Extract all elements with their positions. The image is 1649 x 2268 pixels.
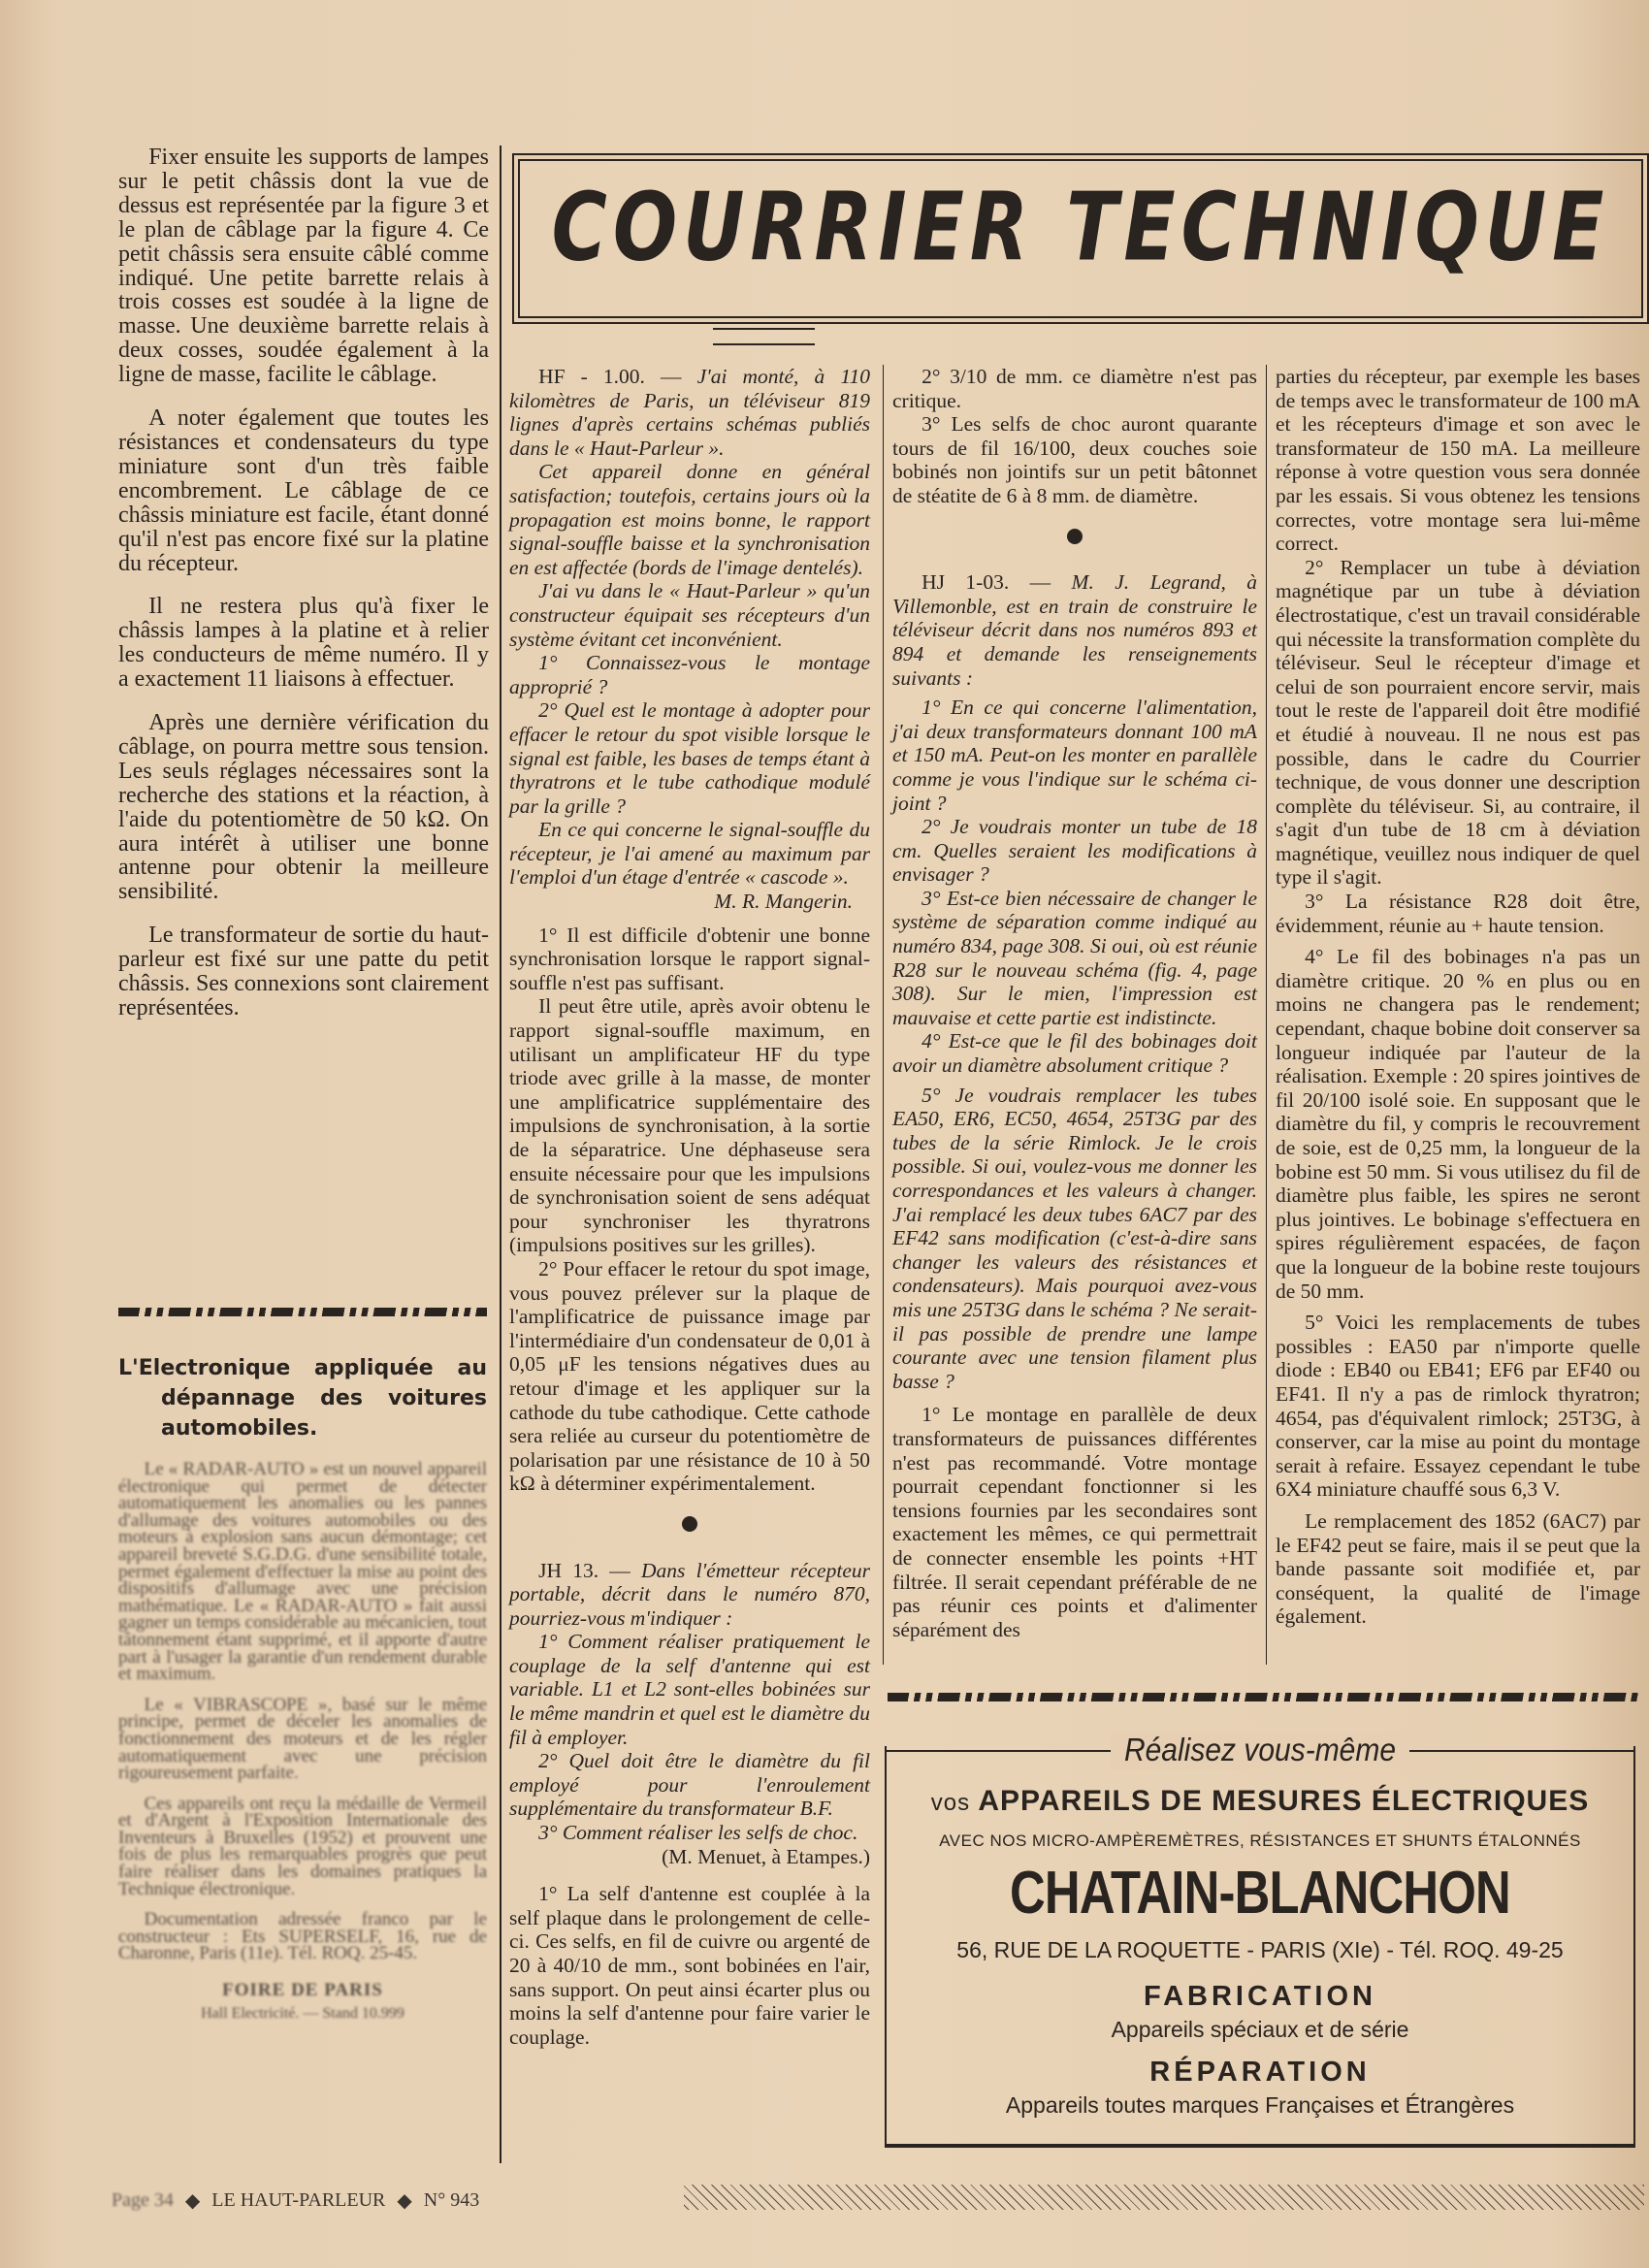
paragraph: 3° Les selfs de choc auront quarante tou… [892, 412, 1257, 507]
paragraph: 5° Je voudrais remplacer les tubes EA50,… [892, 1084, 1257, 1394]
paragraph: 3° La résistance R28 doit être, évidemme… [1276, 890, 1640, 937]
paragraph: 1° La self d'antenne est couplée à la se… [509, 1882, 870, 2049]
question-code: JH 13. — [538, 1559, 641, 1582]
ad-section-text: Appareils toutes marques Françaises et É… [887, 2092, 1633, 2119]
separator-dingbat [892, 526, 1257, 550]
question-code: HF - 1.00. — [538, 365, 696, 388]
paragraph: Documentation adressée franco par le con… [118, 1911, 487, 1962]
ad-section-title: FABRICATION [887, 1981, 1633, 2013]
paragraph: Fixer ensuite les supports de lampes sur… [118, 146, 489, 387]
paragraph: 4° Le fil des bobinages n'a pas un diamè… [1276, 945, 1640, 1303]
paragraph: 3° Est-ce bien nécessaire de changer le … [892, 887, 1257, 1030]
paragraph: 1° En ce qui concerne l'alimentation, j'… [892, 696, 1257, 815]
column-rule [500, 146, 501, 2163]
left-column-article: Fixer ensuite les supports de lampes sur… [118, 146, 489, 1021]
ad-headline-text: APPAREILS DE MESURES ÉLECTRIQUES [978, 1785, 1589, 1817]
column-3: 2° 3/10 de mm. ce diamètre n'est pas cri… [892, 365, 1257, 1641]
column-rule [883, 365, 884, 1665]
section-divider [118, 1308, 487, 1316]
ad-headline: vos APPAREILS DE MESURES ÉLECTRIQUES [887, 1785, 1633, 1818]
box-title: L'Electronique appliquée au dépannage de… [118, 1353, 487, 1443]
paragraph: Il ne restera plus qu'à fixer le châssis… [118, 595, 489, 692]
ad-address: 56, RUE DE LA ROQUETTE - PARIS (XIe) - T… [887, 1937, 1633, 1963]
section-header-frame: COURRIER TECHNIQUE [512, 153, 1649, 324]
fair-title: FOIRE DE PARIS [118, 1982, 487, 1999]
bullet-icon [682, 1516, 697, 1532]
paragraph: 1° Il est difficile d'obtenir une bonne … [509, 923, 870, 995]
paragraph: Le « RADAR-AUTO » est un nouvel appareil… [118, 1461, 487, 1683]
page-footer: Page 34 ◆ LE HAUT-PARLEUR ◆ N° 943 [112, 2188, 479, 2213]
paragraph: Le « VIBRASCOPE », basé sur le même prin… [118, 1697, 487, 1782]
paragraph: 1° Comment réaliser pratiquement le coup… [509, 1630, 870, 1749]
paragraph: 2° Pour effacer le retour du spot image,… [509, 1257, 870, 1496]
paragraph: J'ai vu dans le « Haut-Parleur » qu'un c… [509, 579, 870, 651]
diamond-icon: ◆ [185, 2188, 200, 2213]
paragraph: Ces appareils ont reçu la médaille de Ve… [118, 1796, 487, 1898]
issue-number: N° 943 [424, 2189, 479, 2212]
column-4: parties du récepteur, par exemple les ba… [1276, 365, 1640, 1629]
paragraph: Le transformateur de sortie du haut-parl… [118, 923, 489, 1021]
paragraph: 1° Le montage en parallèle de deux trans… [892, 1403, 1257, 1641]
paragraph: parties du récepteur, par exemple les ba… [1276, 365, 1640, 556]
paragraph: 3° Comment réaliser les selfs de choc. [509, 1821, 870, 1845]
fair-stand: Hall Electricité. — Stand 10.999 [118, 2005, 487, 2023]
paragraph: 2° Quel doit être le diamètre du fil emp… [509, 1749, 870, 1821]
ad-company-name: CHATAIN-BLANCHON [954, 1859, 1566, 1928]
page-number: Page 34 [112, 2189, 174, 2212]
ad-section-title: RÉPARATION [887, 2057, 1633, 2089]
ad-subline: AVEC NOS MICRO-AMPÈREMÈTRES, RÉSISTANCES… [887, 1831, 1633, 1851]
electronics-news-box: L'Electronique appliquée au dépannage de… [118, 1353, 487, 2022]
section-divider [888, 1693, 1639, 1701]
paragraph: Le remplacement des 1852 (6AC7) par le E… [1276, 1509, 1640, 1629]
paragraph: 5° Voici les remplacements de tubes poss… [1276, 1311, 1640, 1502]
paragraph: En ce qui concerne le signal-souffle du … [509, 818, 870, 890]
paragraph: Il peut être utile, après avoir obtenu l… [509, 994, 870, 1257]
footer-wavy-ornament [684, 2185, 1644, 2210]
advertisement-chatain-blanchon: Réalisez vous-même vos APPAREILS DE MESU… [885, 1746, 1635, 2148]
paragraph: 2° Remplacer un tube à déviation magnéti… [1276, 556, 1640, 890]
publication-name: LE HAUT-PARLEUR [211, 2189, 385, 2212]
diamond-icon: ◆ [397, 2188, 411, 2213]
ad-headline-prefix: vos [931, 1790, 970, 1816]
paragraph: Cet appareil donne en général satisfacti… [509, 460, 870, 579]
ad-section-text: Appareils spéciaux et de série [887, 2017, 1633, 2043]
column-2: HF - 1.00. — J'ai monté, à 110 kilomètre… [509, 365, 870, 2049]
paragraph: 4° Est-ce que le fil des bobinages doit … [892, 1029, 1257, 1077]
ad-tagline: Réalisez vous-même [1111, 1733, 1409, 1768]
paragraph: 2° 3/10 de mm. ce diamètre n'est pas cri… [892, 365, 1257, 412]
page-title: COURRIER TECHNIQUE [514, 174, 1647, 283]
title-ornament [713, 328, 815, 345]
paragraph: 1° Connaissez-vous le montage approprié … [509, 651, 870, 698]
paragraph: A noter également que toutes les résista… [118, 406, 489, 575]
column-rule [1266, 365, 1267, 1665]
signature: (M. Menuet, à Etampes.) [509, 1845, 870, 1869]
ad-tagline-row: Réalisez vous-même [887, 1734, 1633, 1767]
separator-dingbat [509, 1513, 870, 1538]
signature: M. R. Mangerin. [509, 890, 870, 914]
bullet-icon [1067, 529, 1083, 544]
paragraph: 2° Je voudrais monter un tube de 18 cm. … [892, 815, 1257, 887]
paragraph: 2° Quel est le montage à adopter pour ef… [509, 698, 870, 818]
question-code: HJ 1-03. — [921, 570, 1071, 594]
box-body: Le « RADAR-AUTO » est un nouvel appareil… [118, 1461, 487, 2022]
paragraph: Après une dernière vérification du câbla… [118, 711, 489, 904]
